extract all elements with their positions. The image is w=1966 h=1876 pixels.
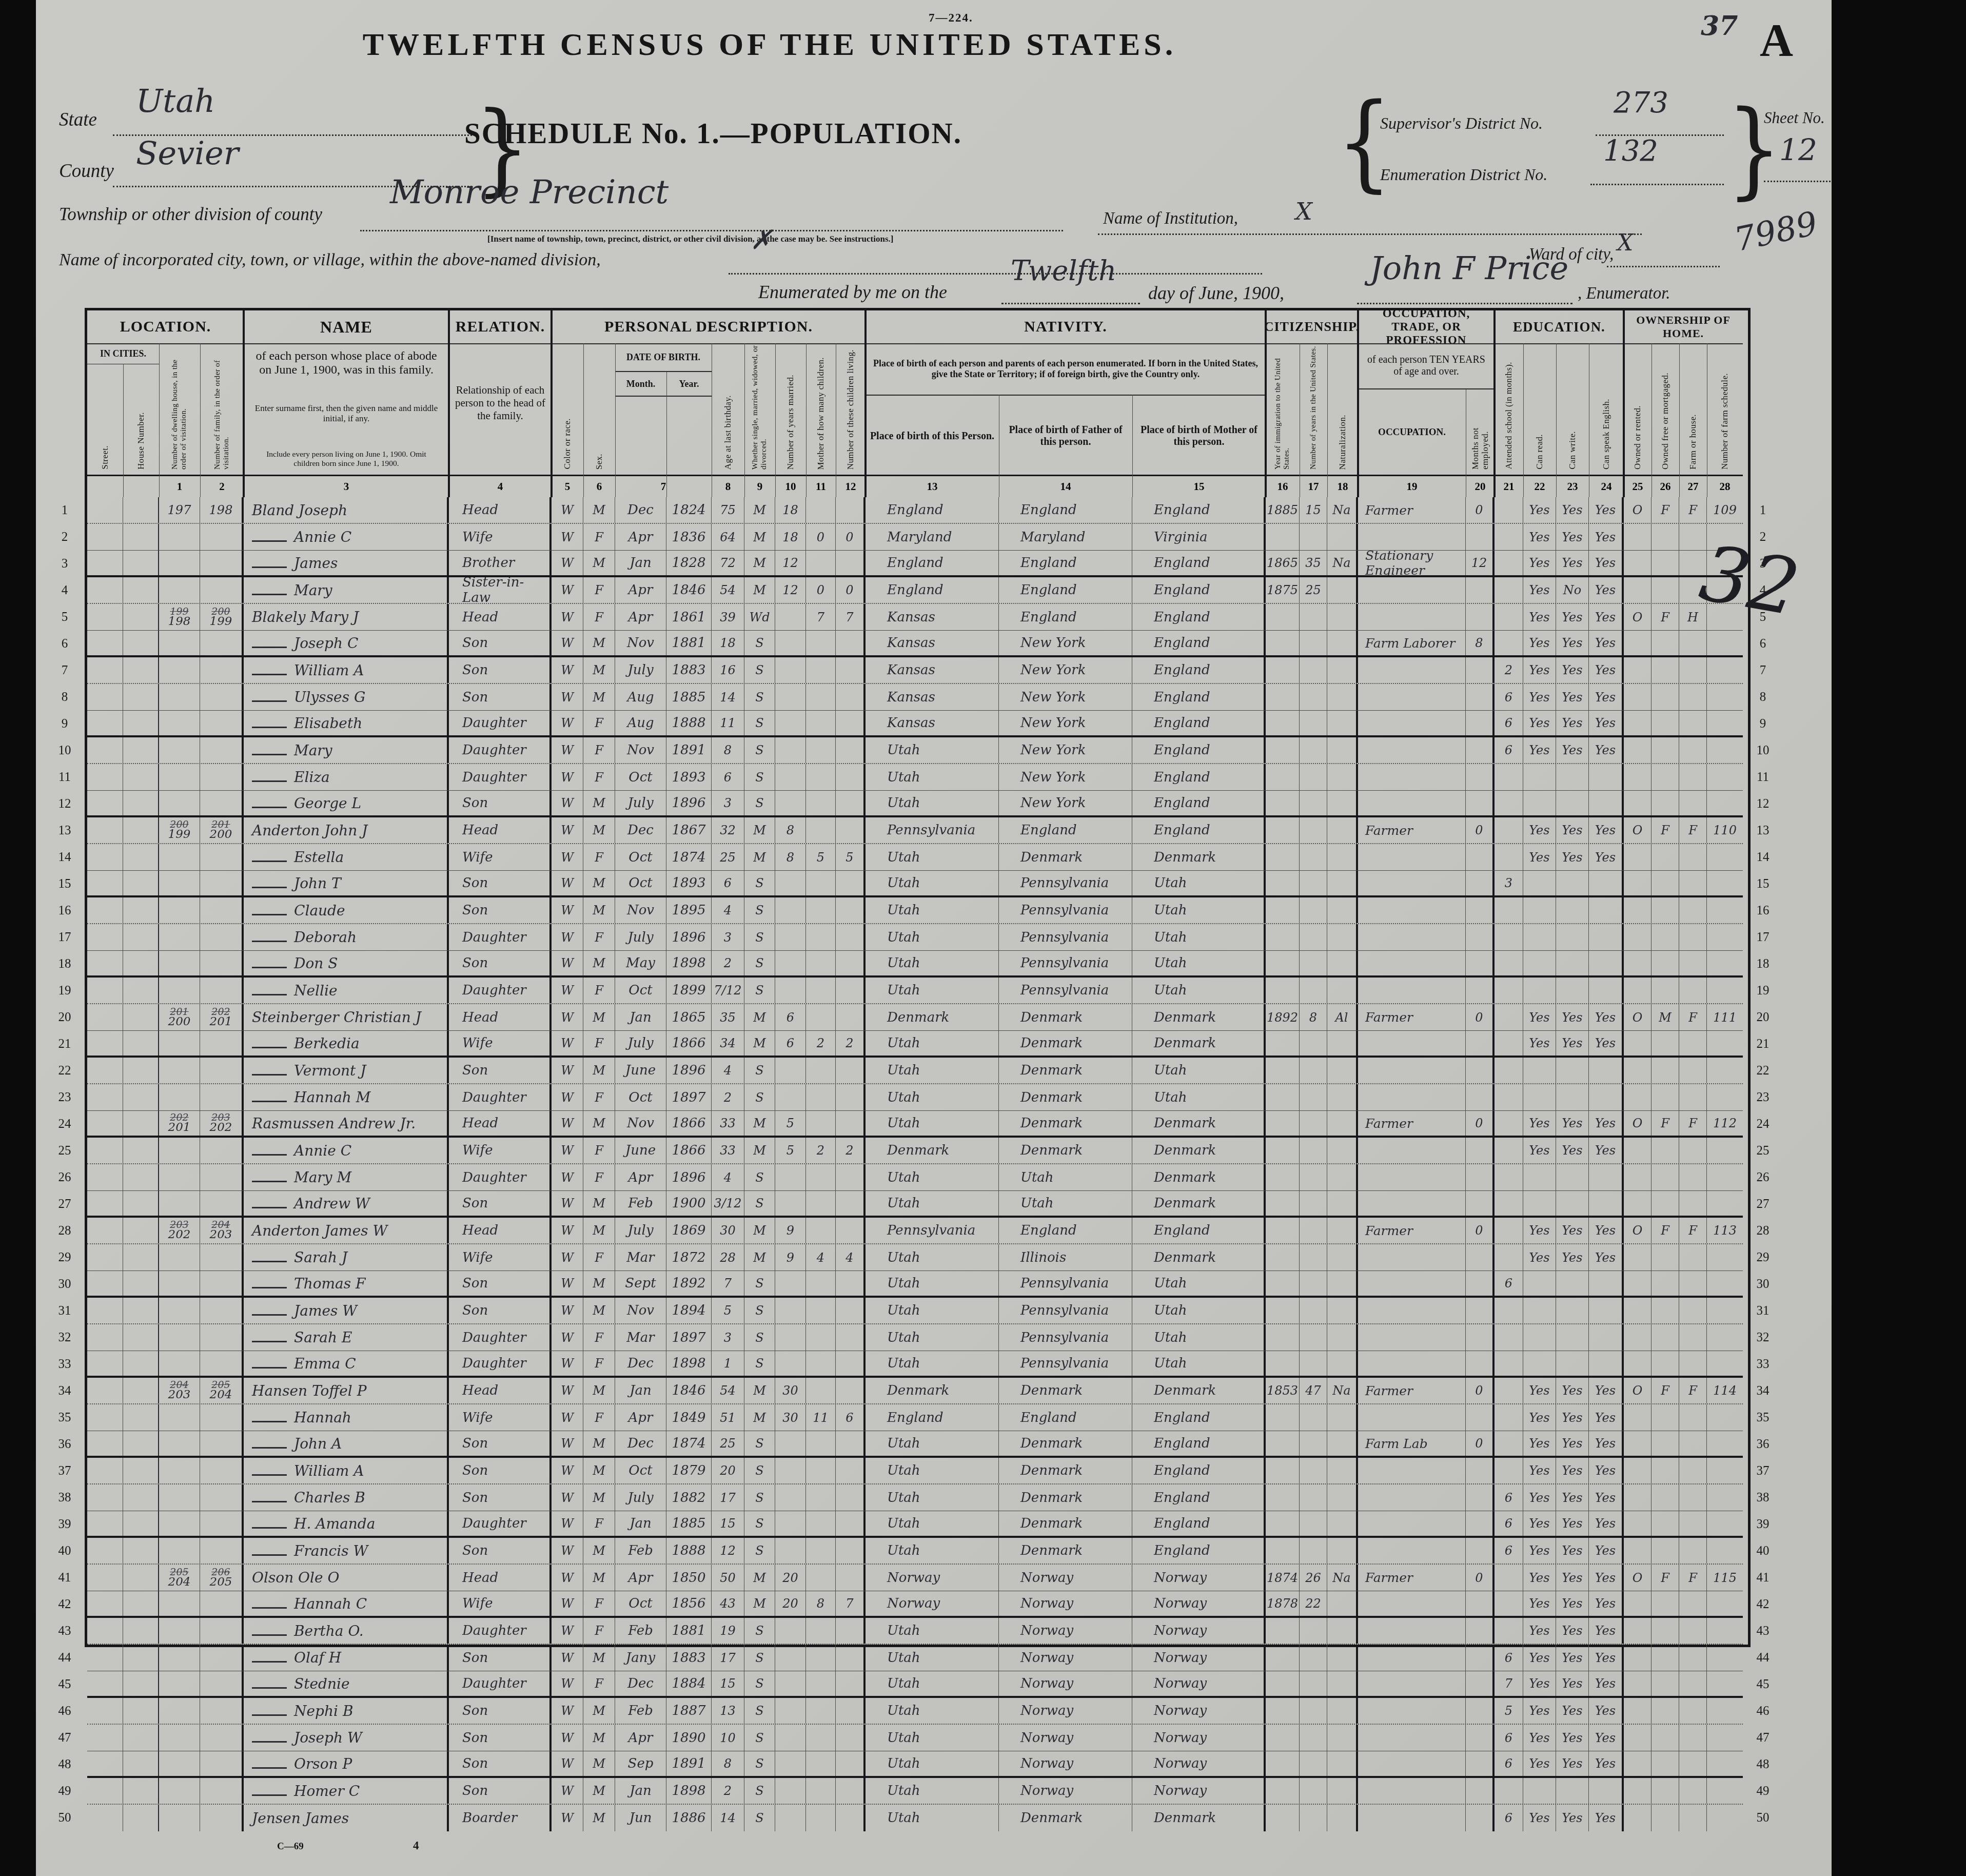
grid-cell-month: Oct [615,1591,666,1616]
grid-cell-living: 2 [836,1138,866,1163]
cell-value: Jensen James [252,1810,349,1827]
cell-value: Utah [887,1276,920,1291]
grid-cell-free [1652,1698,1679,1724]
grid-cell-color: W [552,1378,583,1403]
grid-cell-write: Yes [1556,524,1589,550]
grid-cell-street [87,1111,123,1136]
grid-cell-school [1495,1458,1523,1483]
grid-cell-pobm: England [1132,817,1266,843]
grid-cell-sex: F [583,1404,615,1431]
grid-cell-free: F [1652,817,1679,843]
grid-cell-dwelling [159,871,200,895]
cell-value: M [593,503,605,517]
cell-value: Yes [1595,1010,1616,1025]
grid-cell-relation: Son [449,1725,552,1751]
grid-cell-relation: Son [449,1271,552,1296]
cell-value: Apr [628,1730,653,1746]
grid-cell-family [200,1591,244,1616]
grid-cell-months [1466,711,1495,735]
grid-cell-age: 43 [712,1591,744,1616]
cell-value: Yes [1562,1010,1582,1025]
grid-cell-owned: O [1624,1004,1652,1030]
sheet-letter: A [1760,14,1793,67]
grid-cell-nat [1327,844,1358,870]
cell-value: Rasmussen Andrew Jr. [252,1115,416,1132]
grid-cell-color: W [552,1084,583,1110]
grid-cell-farm [1679,1431,1707,1456]
grid-cell-street [87,1351,123,1376]
grid-cell-nat [1327,1218,1358,1243]
grid-cell-sched [1707,1645,1743,1671]
cell-value: Yes [1595,503,1616,517]
grid-cell-months [1466,897,1495,923]
cell-value: Daughter [462,715,526,731]
grid-cell-dwelling [159,897,200,923]
cell-value: Al [1335,1010,1348,1025]
cell-value: Norway [1154,1570,1207,1586]
grid-cell-pobm: Denmark [1132,1164,1266,1190]
schedule-title: SCHEDULE No. 1.—POPULATION. [251,117,1175,150]
cell-value: Jan [630,1516,652,1531]
grid-cell-month: Apr [615,1164,666,1190]
cell-value: Eliza [252,769,330,786]
grid-cell-imm [1266,978,1300,1003]
cell-value: M [753,1571,766,1585]
grid-cell-nat [1327,1271,1358,1296]
grid-cell-yrsm: 8 [775,844,806,870]
cell-value: Utah [1154,955,1187,971]
grid-cell-sex: F [583,1138,615,1163]
grid-cell-living [836,497,866,523]
cell-value: John T [252,875,341,892]
cell-value: 1896 [672,930,705,945]
grid-cell-imm: 1892 [1266,1004,1300,1030]
grid-cell-nat [1327,1805,1358,1831]
grid-cell-pobf: New York [999,737,1132,763]
grid-cell-english [1589,1298,1624,1323]
cell-value: M [593,1784,605,1798]
cell-value: Norway [1154,1756,1207,1771]
grid-cell-write: Yes [1556,1751,1589,1776]
table-row: Thomas FSonWMSept18927SUtahPennsylvaniaU… [87,1271,1743,1298]
cell-value: 1883 [672,662,705,678]
cell-value: 1872 [672,1250,705,1265]
cell-value: 30 [720,1223,736,1238]
grid-cell-year: 1824 [666,497,712,523]
cell-value: F [1661,1383,1669,1398]
cell-value: England [1154,823,1210,838]
grid-cell-sched [1707,1404,1743,1431]
grid-cell-months [1466,871,1495,895]
grid-cell-family [200,1271,244,1296]
cell-value: 17 [720,1651,736,1665]
table-row: 205204206205Olson Ole OHeadWMApr185050M2… [87,1565,1743,1591]
grid-cell-farm [1679,1751,1707,1776]
grid-cell-color: W [552,497,583,523]
grid-cell-house [123,1431,159,1456]
cell-value: 200199 [210,607,232,628]
cell-value: F [595,1036,603,1050]
grid-cell-street [87,1244,123,1271]
grid-cell-nat: Na [1327,1378,1358,1403]
cell-value: M [753,583,766,597]
grid-cell-write [1556,1298,1589,1323]
grid-cell-marital: S [744,791,775,815]
grid-cell-name: Eliza [244,764,449,790]
cell-value: Utah [887,1623,920,1638]
line-number: 14 [1749,844,1776,871]
cell-value: England [1154,502,1210,518]
grid-cell-family [200,711,244,735]
cell-value: Utah [1154,875,1187,891]
cell-value: 5 [846,850,853,865]
grid-cell-owned [1624,1431,1652,1456]
header-group-title: LOCATION. [87,310,244,343]
cell-value: Head [462,502,498,518]
grid-cell-occ [1358,1271,1466,1296]
grid-cell-dwelling [159,1751,200,1776]
grid-cell-pob: Norway [866,1565,999,1591]
grid-cell-yrsm: 18 [775,524,806,550]
grid-cell-family [200,1084,244,1110]
cell-value: Son [462,1436,488,1451]
cell-value: Elisabeth [252,715,362,732]
grid-cell-family [200,631,244,655]
cell-value: Yes [1562,1731,1582,1745]
cell-value: O [1633,1571,1643,1585]
cell-value: M [593,1223,605,1238]
grid-cell-street [87,1431,123,1456]
cell-value: Norway [1154,1730,1207,1746]
grid-cell-year: 1888 [666,1538,712,1564]
grid-cell-living [836,1298,866,1323]
grid-cell-sched [1707,1031,1743,1056]
grid-cell-school [1495,1591,1523,1616]
grid-cell-write: Yes [1556,1805,1589,1831]
grid-cell-imm [1266,791,1300,815]
cell-value: 2 [724,1090,732,1105]
grid-cell-year: 1872 [666,1244,712,1271]
column-number: 11 [806,476,836,497]
grid-cell-yrsus: 47 [1300,1378,1327,1403]
grid-cell-marital: S [744,1618,775,1644]
grid-cell-imm [1266,657,1300,683]
column-vertical-label-text: Number of family, in the order of visita… [213,343,231,470]
line-number: 17 [49,924,80,951]
grid-cell-pobf: Denmark [999,1111,1132,1136]
cell-value: Utah [887,742,920,758]
cell-value: Mary [252,742,332,759]
grid-cell-imm [1266,1778,1300,1804]
grid-cell-month: June [615,1138,666,1163]
grid-cell-write: No [1556,577,1589,603]
cell-value: O [1633,1116,1643,1130]
grid-cell-name: Orson P [244,1751,449,1776]
grid-cell-house [123,1751,159,1776]
grid-cell-year: 1891 [666,1751,712,1776]
cell-value: Yes [1595,1383,1616,1398]
grid-cell-write: Yes [1556,1244,1589,1271]
grid-cell-name: Jensen James [244,1805,449,1831]
cell-value: Maryland [1020,530,1085,545]
cell-value: 205204 [210,1380,232,1401]
line-number: 25 [49,1138,80,1164]
grid-cell-age: 2 [712,951,744,975]
cell-value: M [753,530,766,544]
grid-cell-month: Oct [615,764,666,790]
column-vertical-label: Can speak English. [1589,343,1624,475]
cell-value: Farm Lab [1365,1436,1428,1451]
grid-cell-sched [1707,924,1743,950]
cell-value: 1896 [672,1170,705,1185]
grid-cell-english: Yes [1589,1111,1624,1136]
cell-value: S [755,1063,763,1078]
district-brace-right: } [1726,88,1782,210]
grid-cell-pob: Kansas [866,604,999,630]
grid-cell-marital: S [744,1084,775,1110]
column-vertical-label-text: Naturalization. [1338,415,1347,470]
grid-cell-yrsus [1300,1618,1327,1644]
grid-cell-pob: Denmark [866,1138,999,1163]
cell-value: 22 [1305,1596,1321,1611]
grid-cell-months: 0 [1466,1378,1495,1403]
grid-cell-marital: M [744,524,775,550]
grid-cell-house [123,1618,159,1644]
column-label: Month. [615,373,666,395]
grid-cell-family: 202201 [200,1004,244,1030]
grid-cell-sex: M [583,1751,615,1776]
grid-cell-marital: S [744,1164,775,1190]
supervisor-value: 273 [1614,86,1668,120]
line-number: 8 [1749,684,1776,711]
grid-cell-dwelling [159,1431,200,1456]
cell-value: England [887,582,943,598]
cell-value: Yes [1562,636,1582,650]
grid-cell-owned [1624,1138,1652,1163]
grid-cell-sex: F [583,577,615,603]
grid-cell-imm [1266,924,1300,950]
grid-cell-house [123,1004,159,1030]
grid-cell-month: Dec [615,1671,666,1696]
column-number: 15 [1132,476,1266,497]
grid-cell-age: 35 [712,1004,744,1030]
cell-value: W [561,1516,574,1531]
grid-cell-mother [806,1271,836,1296]
grid-cell-year: 1882 [666,1484,712,1511]
grid-cell-mother [806,978,836,1003]
grid-cell-free [1652,1164,1679,1190]
grid-cell-occ [1358,1298,1466,1323]
grid-cell-nat [1327,1164,1358,1190]
grid-cell-color: W [552,1431,583,1456]
grid-cell-age: 33 [712,1138,744,1163]
grid-cell-school [1495,897,1523,923]
line-number: 7 [1749,657,1776,684]
cell-value: 25 [720,850,736,865]
cell-value: Norway [1154,1783,1207,1799]
cell-value: Son [462,875,488,891]
grid-cell-dwelling [159,1191,200,1216]
cell-value: England [1154,1543,1210,1558]
grid-cell-dwelling [159,1244,200,1271]
grid-cell-living: 0 [836,524,866,550]
grid-cell-write: Yes [1556,1725,1589,1751]
grid-cell-pobm: England [1132,684,1266,710]
grid-cell-sched [1707,684,1743,710]
cell-value: Nov [627,635,654,651]
grid-cell-months [1466,1351,1495,1376]
cell-value: Sarah J [252,1249,347,1266]
cell-value: Denmark [1020,1063,1083,1078]
line-number: 47 [49,1725,80,1751]
grid-cell-write [1556,1351,1589,1376]
cell-value: M [593,1651,605,1665]
cell-value: Daughter [462,1676,526,1691]
grid-cell-age: 8 [712,1751,744,1776]
grid-cell-month: Nov [615,631,666,655]
grid-cell-name: Olaf H [244,1645,449,1671]
grid-cell-free: F [1652,604,1679,630]
cell-value: Utah [887,930,920,945]
line-number: 1 [1749,497,1776,524]
cell-value: 202201 [168,1113,191,1134]
column-number: 19 [1358,476,1466,497]
grid-cell-school [1495,924,1523,950]
occupation-label: OCCUPATION. [1358,393,1466,472]
grid-cell-living [836,897,866,923]
line-number: 16 [49,897,80,924]
grid-cell-owned [1624,844,1652,870]
cell-value: Yes [1562,690,1582,705]
cell-value: Yes [1562,1676,1582,1691]
cell-value: Stationary Engineer [1365,551,1465,575]
grid-cell-dwelling [159,951,200,975]
grid-cell-month: May [615,951,666,975]
grid-cell-living: 7 [836,1591,866,1616]
cell-value: 1885 [672,1516,705,1531]
cell-value: 34 [720,1036,736,1050]
column-vertical-label-text: Can read. [1535,434,1544,470]
cell-value: Norway [887,1570,940,1586]
grid-cell-pob: Utah [866,1271,999,1296]
grid-cell-marital: S [744,871,775,895]
grid-cell-age: 17 [712,1645,744,1671]
grid-cell-dwelling [159,924,200,950]
grid-cell-months [1466,951,1495,975]
grid-cell-street [87,1031,123,1056]
grid-cell-sex: M [583,1111,615,1136]
grid-cell-yrsus [1300,978,1327,1003]
grid-cell-relation: Son [449,1698,552,1724]
table-row: Francis WSonWMFeb188812SUtahDenmarkEngla… [87,1538,1743,1565]
grid-cell-pobf: Pennsylvania [999,951,1132,975]
grid-cell-months [1466,764,1495,790]
cell-value: 6 [1505,1543,1512,1558]
cell-value: Jan [630,1010,652,1025]
cell-value: Utah [1154,1303,1187,1318]
cell-value: Son [462,635,488,651]
grid-cell-pobf: New York [999,791,1132,815]
grid-cell-age: 8 [712,737,744,763]
grid-cell-sched [1707,1244,1743,1271]
district-brace-left: { [1336,81,1392,203]
grid-cell-family [200,844,244,870]
cell-value: England [1154,1490,1210,1506]
grid-cell-mother: 0 [806,577,836,603]
grid-cell-english: Yes [1589,1004,1624,1030]
grid-cell-sex: F [583,1511,615,1536]
grid-cell-pobf: Illinois [999,1244,1132,1271]
cell-value: M [753,1223,766,1238]
table-row: Bertha O.DaughterWFFeb188119SUtahNorwayN… [87,1618,1743,1645]
cell-value: Son [462,1303,488,1318]
grid-cell-living [836,1671,866,1696]
grid-cell-months [1466,1778,1495,1804]
cell-value: 64 [720,530,736,544]
line-number: 35 [1749,1404,1776,1431]
grid-cell-school [1495,1164,1523,1190]
grid-cell-nat [1327,1351,1358,1376]
grid-cell-pobf: Pennsylvania [999,924,1132,950]
grid-cell-read: Yes [1523,684,1556,710]
cell-value: Yes [1562,1411,1582,1425]
cell-value: Denmark [1154,850,1216,865]
cell-value: Daughter [462,1170,526,1185]
grid-cell-pobm: England [1132,1218,1266,1243]
cell-value: Yes [1562,1596,1582,1611]
line-number: 40 [1749,1538,1776,1565]
grid-cell-read: Yes [1523,524,1556,550]
cell-value: Son [462,1756,488,1771]
cell-value: Yes [1529,1756,1549,1771]
grid-cell-living [836,978,866,1003]
cell-value: M [753,1250,766,1265]
cell-value: Feb [628,1543,653,1558]
page-title: TWELFTH CENSUS OF THE UNITED STATES. [205,27,1334,63]
cell-value: Yes [1562,1463,1582,1478]
grid-cell-house [123,1404,159,1431]
grid-cell-marital: S [744,1058,775,1083]
table-row: Andrew WSonWMFeb19003/12SUtahUtahDenmark [87,1191,1743,1218]
grid-cell-year: 1898 [666,1778,712,1804]
state-value: Utah [136,82,215,120]
line-number: 48 [49,1751,80,1778]
cell-value: Mary [252,582,332,599]
grid-cell-english: Yes [1589,1751,1624,1776]
grid-cell-age: 4 [712,897,744,923]
cell-value: Apr [628,1170,653,1185]
grid-cell-imm [1266,684,1300,710]
grid-cell-months [1466,684,1495,710]
cell-value: 6 [1505,1756,1512,1771]
cell-value: Norway [1020,1756,1073,1771]
grid-cell-house [123,764,159,790]
cell-value: 1856 [672,1596,705,1611]
grid-cell-marital: M [744,844,775,870]
table-row: Sarah EDaughterWFMar18973SUtahPennsylvan… [87,1324,1743,1351]
cell-value: 39 [720,610,736,624]
cell-value: Apr [628,582,653,598]
grid-cell-owned [1624,978,1652,1003]
grid-cell-dwelling [159,1484,200,1511]
grid-cell-living [836,1698,866,1724]
grid-cell-sched [1707,1324,1743,1351]
grid-cell-house [123,1084,159,1110]
cell-value: 3 [1505,876,1512,890]
grid-cell-farm [1679,1138,1707,1163]
grid-cell-color: W [552,1698,583,1724]
grid-cell-sched [1707,1618,1743,1644]
